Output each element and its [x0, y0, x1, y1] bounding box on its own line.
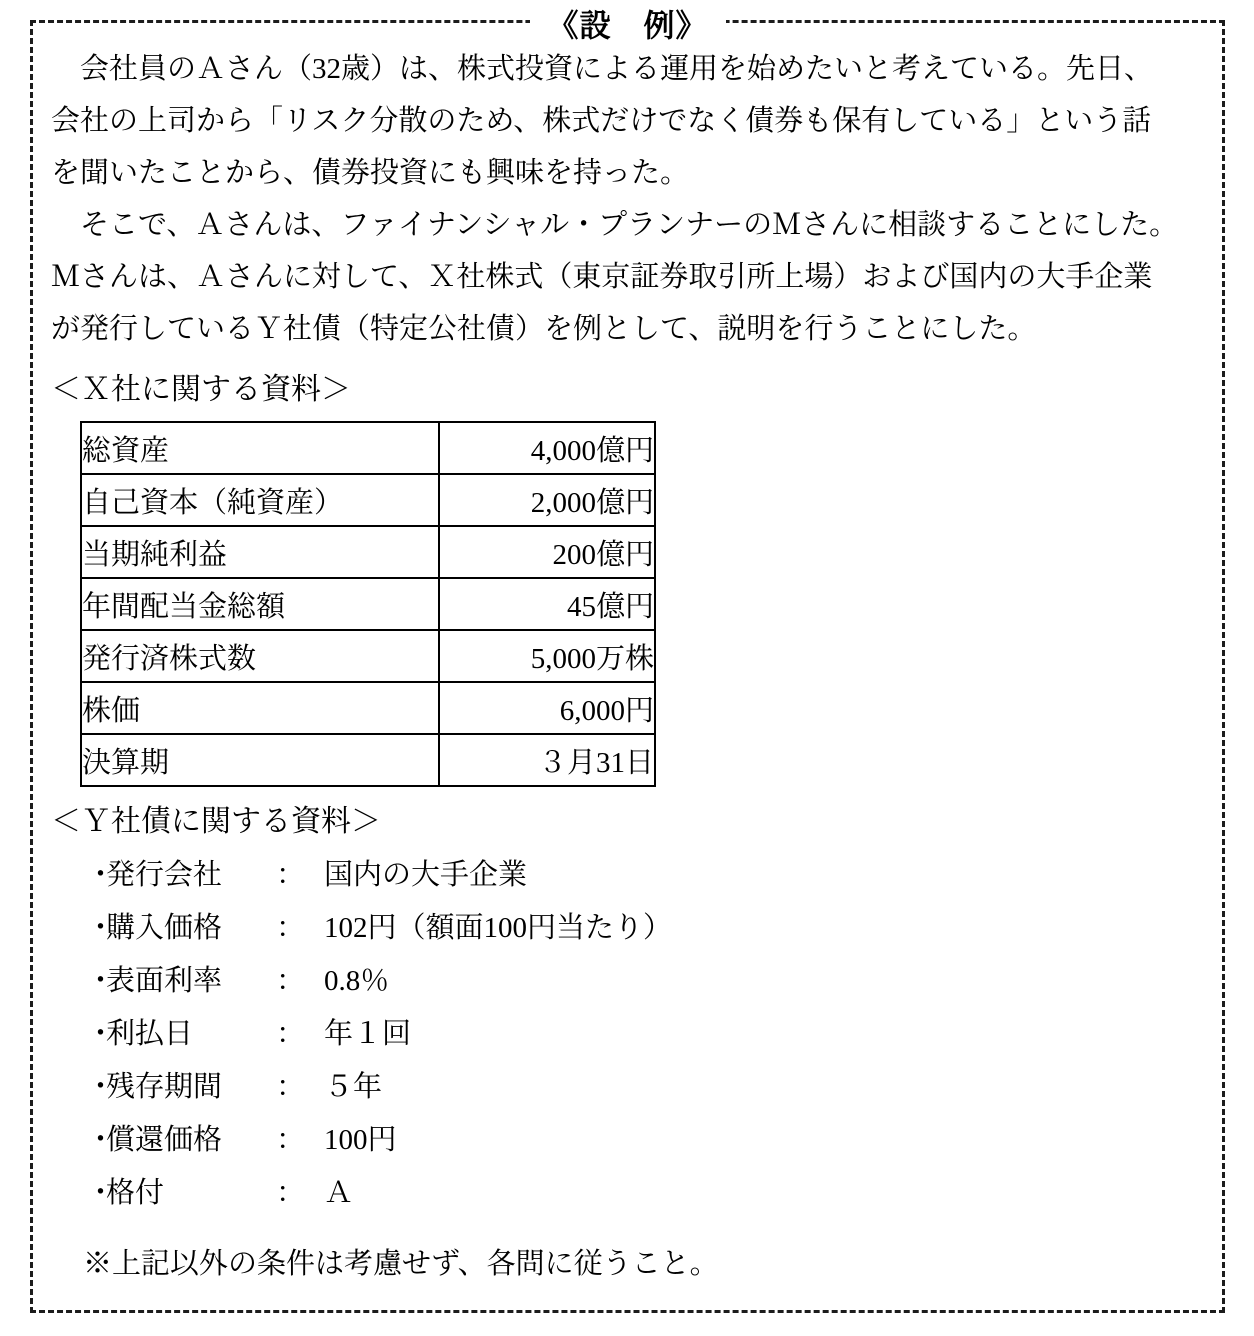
paragraph-line: を聞いたことから、債券投資にも興味を持った。	[51, 147, 1210, 199]
row-value-cell: ３月31日	[439, 734, 655, 786]
y-bond-list: ・ 発行会社 ： 国内の大手企業 ・ 購入価格 ： 102円（額面100円当たり…	[51, 849, 1210, 1220]
bond-value: Ａ	[324, 1167, 353, 1220]
colon-separator: ：	[276, 1008, 292, 1061]
footnote: ※上記以外の条件は考慮せず、各問に従うこと。	[83, 1242, 1210, 1286]
bond-item: ・ 購入価格 ： 102円（額面100円当たり）	[86, 902, 1210, 955]
bond-label: 発行会社	[106, 849, 276, 902]
bond-label: 残存期間	[106, 1061, 276, 1114]
colon-separator: ：	[276, 902, 292, 955]
bond-label: 購入価格	[106, 902, 276, 955]
bullet-glyph: ・	[86, 955, 106, 1008]
row-label-cell: 発行済株式数	[81, 630, 439, 682]
row-label-cell: 当期純利益	[81, 526, 439, 578]
table-row: 総資産 4,000億円	[81, 422, 655, 474]
bullet-glyph: ・	[86, 902, 106, 955]
colon-separator: ：	[276, 955, 292, 1008]
bullet-glyph: ・	[86, 1167, 106, 1220]
bond-value: 100円	[324, 1114, 397, 1167]
row-value-cell: 45億円	[439, 578, 655, 630]
table-row: 当期純利益 200億円	[81, 526, 655, 578]
bond-item: ・ 発行会社 ： 国内の大手企業	[86, 849, 1210, 902]
bullet-glyph: ・	[86, 1008, 106, 1061]
x-company-section-heading: ＜Ｘ社に関する資料＞	[51, 369, 1210, 411]
bond-label: 償還価格	[106, 1114, 276, 1167]
case-example-frame: 《設 例》 会社員のＡさん（32歳）は、株式投資による運用を始めたいと考えている…	[30, 20, 1225, 1313]
row-label-cell: 決算期	[81, 734, 439, 786]
bond-label: 利払日	[106, 1008, 276, 1061]
row-value-cell: 2,000億円	[439, 474, 655, 526]
table-row: 自己資本（純資産） 2,000億円	[81, 474, 655, 526]
bond-label: 格付	[106, 1167, 276, 1220]
row-label-cell: 総資産	[81, 422, 439, 474]
table-row: 発行済株式数 5,000万株	[81, 630, 655, 682]
bond-item: ・ 残存期間 ： ５年	[86, 1061, 1210, 1114]
case-example-content: 会社員のＡさん（32歳）は、株式投資による運用を始めたいと考えている。先日、 会…	[33, 23, 1222, 1286]
row-label-cell: 自己資本（純資産）	[81, 474, 439, 526]
colon-separator: ：	[276, 849, 292, 902]
colon-separator: ：	[276, 1167, 292, 1220]
y-bond-section-heading: ＜Ｙ社債に関する資料＞	[51, 801, 1210, 843]
bond-value: 102円（額面100円当たり）	[324, 902, 672, 955]
paragraph-line: そこで、Ａさんは、ファイナンシャル・プランナーのＭさんに相談することにした。	[51, 199, 1210, 251]
bond-value: 年１回	[324, 1008, 411, 1061]
colon-separator: ：	[276, 1114, 292, 1167]
bullet-glyph: ・	[86, 849, 106, 902]
bond-item: ・ 格付 ： Ａ	[86, 1167, 1210, 1220]
bond-value: 国内の大手企業	[324, 849, 527, 902]
table-row: 株価 6,000円	[81, 682, 655, 734]
intro-paragraph-1: 会社員のＡさん（32歳）は、株式投資による運用を始めたいと考えている。先日、 会…	[51, 43, 1210, 199]
intro-paragraph-2: そこで、Ａさんは、ファイナンシャル・プランナーのＭさんに相談することにした。 Ｍ…	[51, 199, 1210, 355]
bullet-glyph: ・	[86, 1114, 106, 1167]
bond-item: ・ 償還価格 ： 100円	[86, 1114, 1210, 1167]
paragraph-line: 会社の上司から「リスク分散のため、株式だけでなく債券も保有している」という話	[51, 95, 1210, 147]
bond-value: 0.8％	[324, 955, 389, 1008]
table-row: 決算期 ３月31日	[81, 734, 655, 786]
colon-separator: ：	[276, 1061, 292, 1114]
bond-value: ５年	[324, 1061, 382, 1114]
x-company-table: 総資産 4,000億円 自己資本（純資産） 2,000億円 当期純利益 200億…	[80, 421, 656, 787]
table-row: 年間配当金総額 45億円	[81, 578, 655, 630]
row-value-cell: 4,000億円	[439, 422, 655, 474]
row-label-cell: 株価	[81, 682, 439, 734]
row-value-cell: 6,000円	[439, 682, 655, 734]
row-value-cell: 5,000万株	[439, 630, 655, 682]
paragraph-line: 会社員のＡさん（32歳）は、株式投資による運用を始めたいと考えている。先日、	[51, 43, 1210, 95]
paragraph-line: が発行しているＹ社債（特定公社債）を例として、説明を行うことにした。	[51, 303, 1210, 355]
bond-item: ・ 利払日 ： 年１回	[86, 1008, 1210, 1061]
bond-label: 表面利率	[106, 955, 276, 1008]
row-label-cell: 年間配当金総額	[81, 578, 439, 630]
bond-item: ・ 表面利率 ： 0.8％	[86, 955, 1210, 1008]
bullet-glyph: ・	[86, 1061, 106, 1114]
row-value-cell: 200億円	[439, 526, 655, 578]
document-page: 《設 例》 会社員のＡさん（32歳）は、株式投資による運用を始めたいと考えている…	[0, 0, 1254, 1336]
paragraph-line: Ｍさんは、Ａさんに対して、Ｘ社株式（東京証券取引所上場）および国内の大手企業	[51, 251, 1210, 303]
